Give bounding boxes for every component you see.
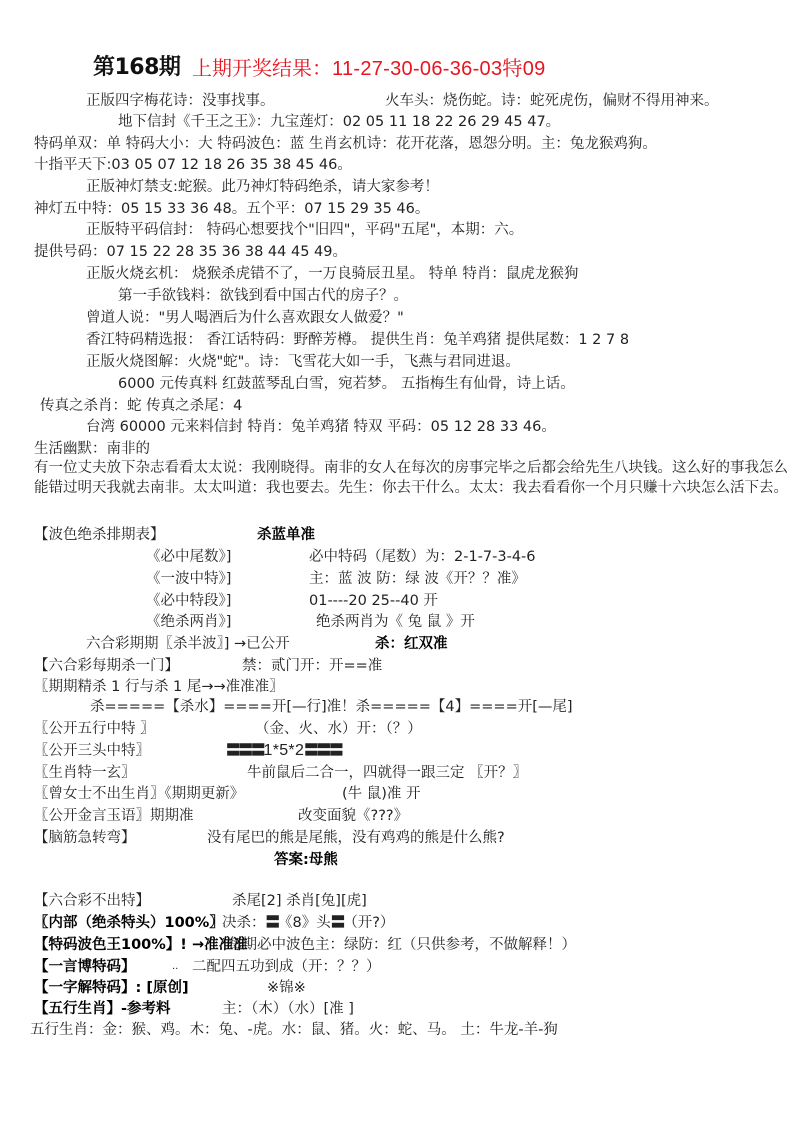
xiangjiang-report: 香江特码精选报： 香江话特码：野醉芳樽。 提供生肖：兔羊鸡猪 提供尾数：1 2 … — [86, 331, 629, 349]
genie-lamp-five: 神灯五中特：05 15 33 36 48。五个平：07 15 29 35 46。 — [34, 200, 429, 218]
result-label: 上期开奖结果： — [192, 56, 332, 80]
issue-number: 第168期 — [93, 50, 180, 81]
kill-door-label: 【六合彩每期杀一门】 — [34, 657, 179, 675]
fire-burn-diagram: 正版火烧图解：火烧"蛇"。诗：飞雪花大如一手，飞燕与君同进退。 — [86, 353, 520, 371]
first-hand-material: 第一手欲钱料：欲钱到看中国古代的房子？。 — [118, 287, 408, 305]
wuxing-zodiac-list: 五行生肖：金：猴、鸡。木：兔、-虎。水：鼠、猪。火：蛇、马。 土：牛龙-羊-狗 — [30, 1021, 558, 1039]
zodiac-one-label: 〖生肖特一玄〗 — [34, 764, 136, 782]
kill-door-value: 禁：贰门开：开==准 — [242, 657, 382, 675]
train-head: 火车头：烧伤蛇。诗：蛇死虎伤，偏财不得用神来。 — [385, 92, 719, 110]
life-humor-title: 生活幽默：南非的 — [34, 440, 150, 458]
wave-row-value: 绝杀两肖为《 兔 鼠 》开 — [316, 613, 475, 631]
golden-words-label: 〖公开金言玉语〗期期准 — [34, 807, 194, 825]
one-word-label: 【一言博特码】 — [34, 958, 136, 976]
block-marks: 〓〓〓 — [304, 743, 342, 759]
fire-burn-mystery: 正版火烧玄机： 烧猴杀虎错不了，一万良骑辰丑星。 特单 特肖：鼠虎龙猴狗 — [86, 265, 578, 283]
wave-row-label: 《一波中特》] — [146, 570, 231, 588]
no-special-label: 【六合彩不出特】 — [34, 892, 150, 910]
lady-zodiac-label: 〖曾女士不出生肖〗《期期更新》 — [34, 785, 244, 803]
zodiac-one-value: 牛前鼠后二合一，四就得一跟三定 〖开？〗 — [247, 764, 527, 782]
riddle-question: 没有尾巴的熊是尾熊，没有鸡鸡的熊是什么熊? — [207, 829, 505, 847]
fax-material: 6000 元传真料 红鼓蓝琴乱白雪，宛若梦。 五指梅生有仙骨，诗上话。 — [118, 375, 575, 393]
special-flat-envelope: 正版特平码信封： 特码心想要找个"旧四"，平码"五尾"，本期：六。 — [86, 221, 523, 239]
wave-row-value: 必中特码（尾数）为：2-1-7-3-4-6 — [309, 548, 536, 566]
lady-zodiac-value: (牛 鼠)准 开 — [342, 785, 421, 803]
provided-numbers: 提供号码：07 15 22 28 35 36 38 44 45 49。 — [34, 243, 347, 261]
riddle-answer: 答案:母熊 — [274, 851, 338, 869]
humor-paragraph: 有一位丈夫放下杂志看看太太说：我刚晓得。南非的女人在每次的房事完毕之后都会给先生… — [34, 458, 789, 498]
riddle-label: 【脑筋急转弯】 — [34, 829, 136, 847]
taiwan-envelope: 台湾 60000 元来料信封 特肖：兔羊鸡猪 特双 平码：05 12 28 33… — [86, 418, 556, 436]
five-element-value: （金、火、水）开：（？） — [255, 720, 422, 738]
wave-king-value: 每期必中波色主：绿防：红（只供参考，不做解释！） — [228, 936, 576, 954]
wave-king-label: 【特码波色王100%】! →准准准 — [34, 936, 248, 954]
wave-table-title: 【波色绝杀排期表】 — [34, 526, 165, 544]
one-word-value: 二配四五功到成（开：？？） — [192, 958, 381, 976]
half-wave-value: 杀：红双准 — [375, 635, 448, 653]
no-special-value: 杀尾[2] 杀肖[兔][虎] — [232, 892, 367, 910]
block-marks: 〓〓〓 — [226, 743, 264, 759]
half-wave-label: 六合彩期期〖杀半波〗] →已公开 — [86, 635, 290, 653]
wave-table-verdict: 杀蓝单准 — [257, 526, 315, 544]
wave-row-value: 主：蓝 波 防：绿 波《开？？准》 — [309, 570, 526, 588]
wave-row-label: 《绝杀两肖》] — [146, 613, 231, 631]
result-numbers: 11-27-30-06-36-03特09 — [332, 58, 546, 80]
underground-envelope: 地下信封《千王之王》：九宝莲灯：02 05 11 18 22 26 29 45 … — [118, 113, 560, 131]
last-draw-result: 上期开奖结果：11-27-30-06-36-03特09 — [192, 52, 546, 81]
kill-line-label: 〖期期精杀 1 行与杀 1 尾→→准准准〗 — [34, 678, 284, 696]
one-char-value: ※锦※ — [267, 979, 306, 997]
block-mark: 〓 — [331, 915, 344, 931]
plum-poem: 正版四字梅花诗：没事找事。 — [86, 92, 275, 110]
ten-fingers: 十指平天下:03 05 07 12 18 26 35 38 45 46。 — [34, 156, 352, 174]
wave-row-value: 01----20 25--40 开 — [309, 592, 438, 610]
three-head-label: 〖公开三头中特〗 — [34, 742, 150, 760]
internal-value: 决杀：〓《8》头〓（开?） — [222, 914, 394, 932]
wave-row-label: 《必中尾数》] — [146, 548, 231, 566]
genie-lamp-ban: 正版神灯禁支:蛇猴。此乃神灯特码绝杀，请大家参考！ — [86, 178, 439, 196]
wave-row-label: 《必中特段》] — [146, 592, 231, 610]
taoist-saying: 曾道人说："男人喝酒后为什么喜欢跟女人做爱？" — [86, 309, 404, 327]
kill-line-value: 杀=====【杀水】====开[—行]准！杀=====【4】====开[—尾] — [90, 698, 573, 716]
internal-label: 〖内部（绝杀特头）100%〗 — [34, 914, 224, 932]
wuxing-label: 【五行生肖】-参考料 — [34, 1000, 171, 1018]
five-element-label: 〖公开五行中特 〗 — [34, 720, 155, 738]
special-code-attributes: 特码单双：单 特码大小：大 特码波色：蓝 生肖玄机诗：花开花落，恩怨分明。主：兔… — [34, 135, 657, 153]
block-mark: 〓 — [266, 915, 279, 931]
golden-words-value: 改变面貌《???》 — [298, 807, 408, 825]
one-word-dots: .. — [172, 958, 178, 976]
wuxing-value: 主：（木）（水）[准 ] — [222, 1000, 354, 1018]
three-head-value: 〓〓〓1*5*2〓〓〓 — [226, 742, 342, 760]
one-char-label: 【一字解特码】: [原创] — [34, 979, 189, 997]
fax-kill: 传真之杀肖：蛇 传真之杀尾：4 — [40, 397, 242, 415]
